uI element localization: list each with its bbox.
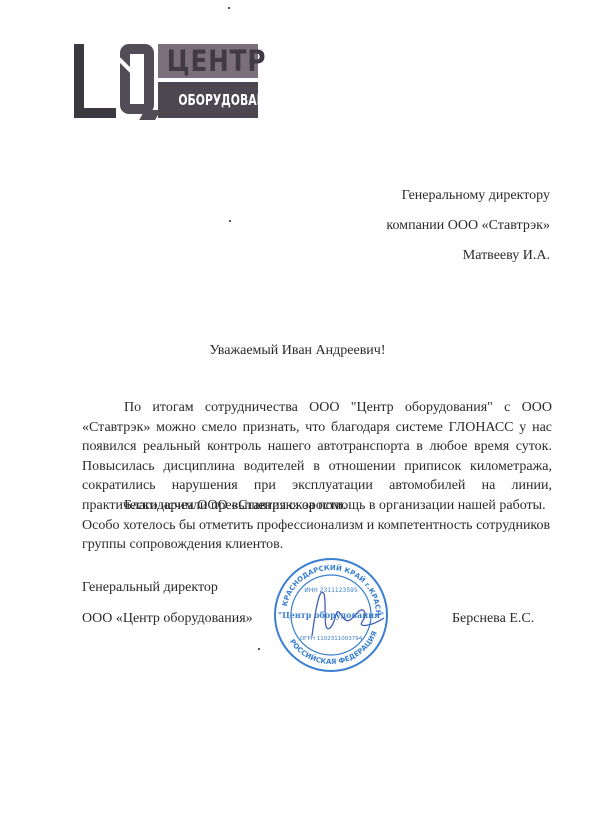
logo-text-bottom: ОБОРУДОВАНИЯ (158, 82, 258, 118)
logo-letter-q (120, 44, 154, 114)
logo-letter-l (74, 44, 84, 118)
svg-text:КРАСНОДАРСКИЙ КРАЙ г.КРАСНОДАР: КРАСНОДАРСКИЙ КРАЙ г.КРАСНОДАР (272, 556, 382, 616)
logo-letter-l-base (74, 108, 116, 118)
salutation: Уважаемый Иван Андреевич! (0, 343, 595, 359)
scan-speck (228, 7, 230, 9)
stamp-inn: ИНН 2311123595 (304, 587, 358, 594)
stamp-center: "Центр оборудования" (278, 610, 384, 620)
company-logo: ЦЕНТР ОБОРУДОВАНИЯ (70, 44, 260, 120)
addressee-line1: Генеральному директору (402, 188, 550, 204)
logo-line2: ОБОРУДОВАНИЯ (178, 82, 283, 118)
logo-line1: ЦЕНТР (167, 44, 266, 78)
signatory-name: Берснева Е.С. (452, 611, 534, 627)
signatory-title: Генеральный директор (82, 580, 218, 596)
addressee-line3: Матвееву И.А. (463, 248, 550, 264)
addressee-line2: компании ООО «Ставтрэк» (386, 218, 550, 234)
scan-speck (229, 220, 231, 222)
signatory-company: ООО «Центр оборудования» (82, 611, 253, 627)
stamp-top-text: КРАСНОДАРСКИЙ КРАЙ г.КРАСНОДАР (272, 556, 382, 616)
scan-speck (258, 648, 260, 650)
logo-text-top: ЦЕНТР (158, 44, 258, 78)
stamp-ogrn: ОГРН 1102311003794 (300, 636, 363, 642)
company-stamp: КРАСНОДАРСКИЙ КРАЙ г.КРАСНОДАР РОССИЙСКА… (272, 556, 390, 674)
paragraph-2: Благодарим ООО «Ставтрэк» за помощь в ор… (82, 496, 552, 555)
